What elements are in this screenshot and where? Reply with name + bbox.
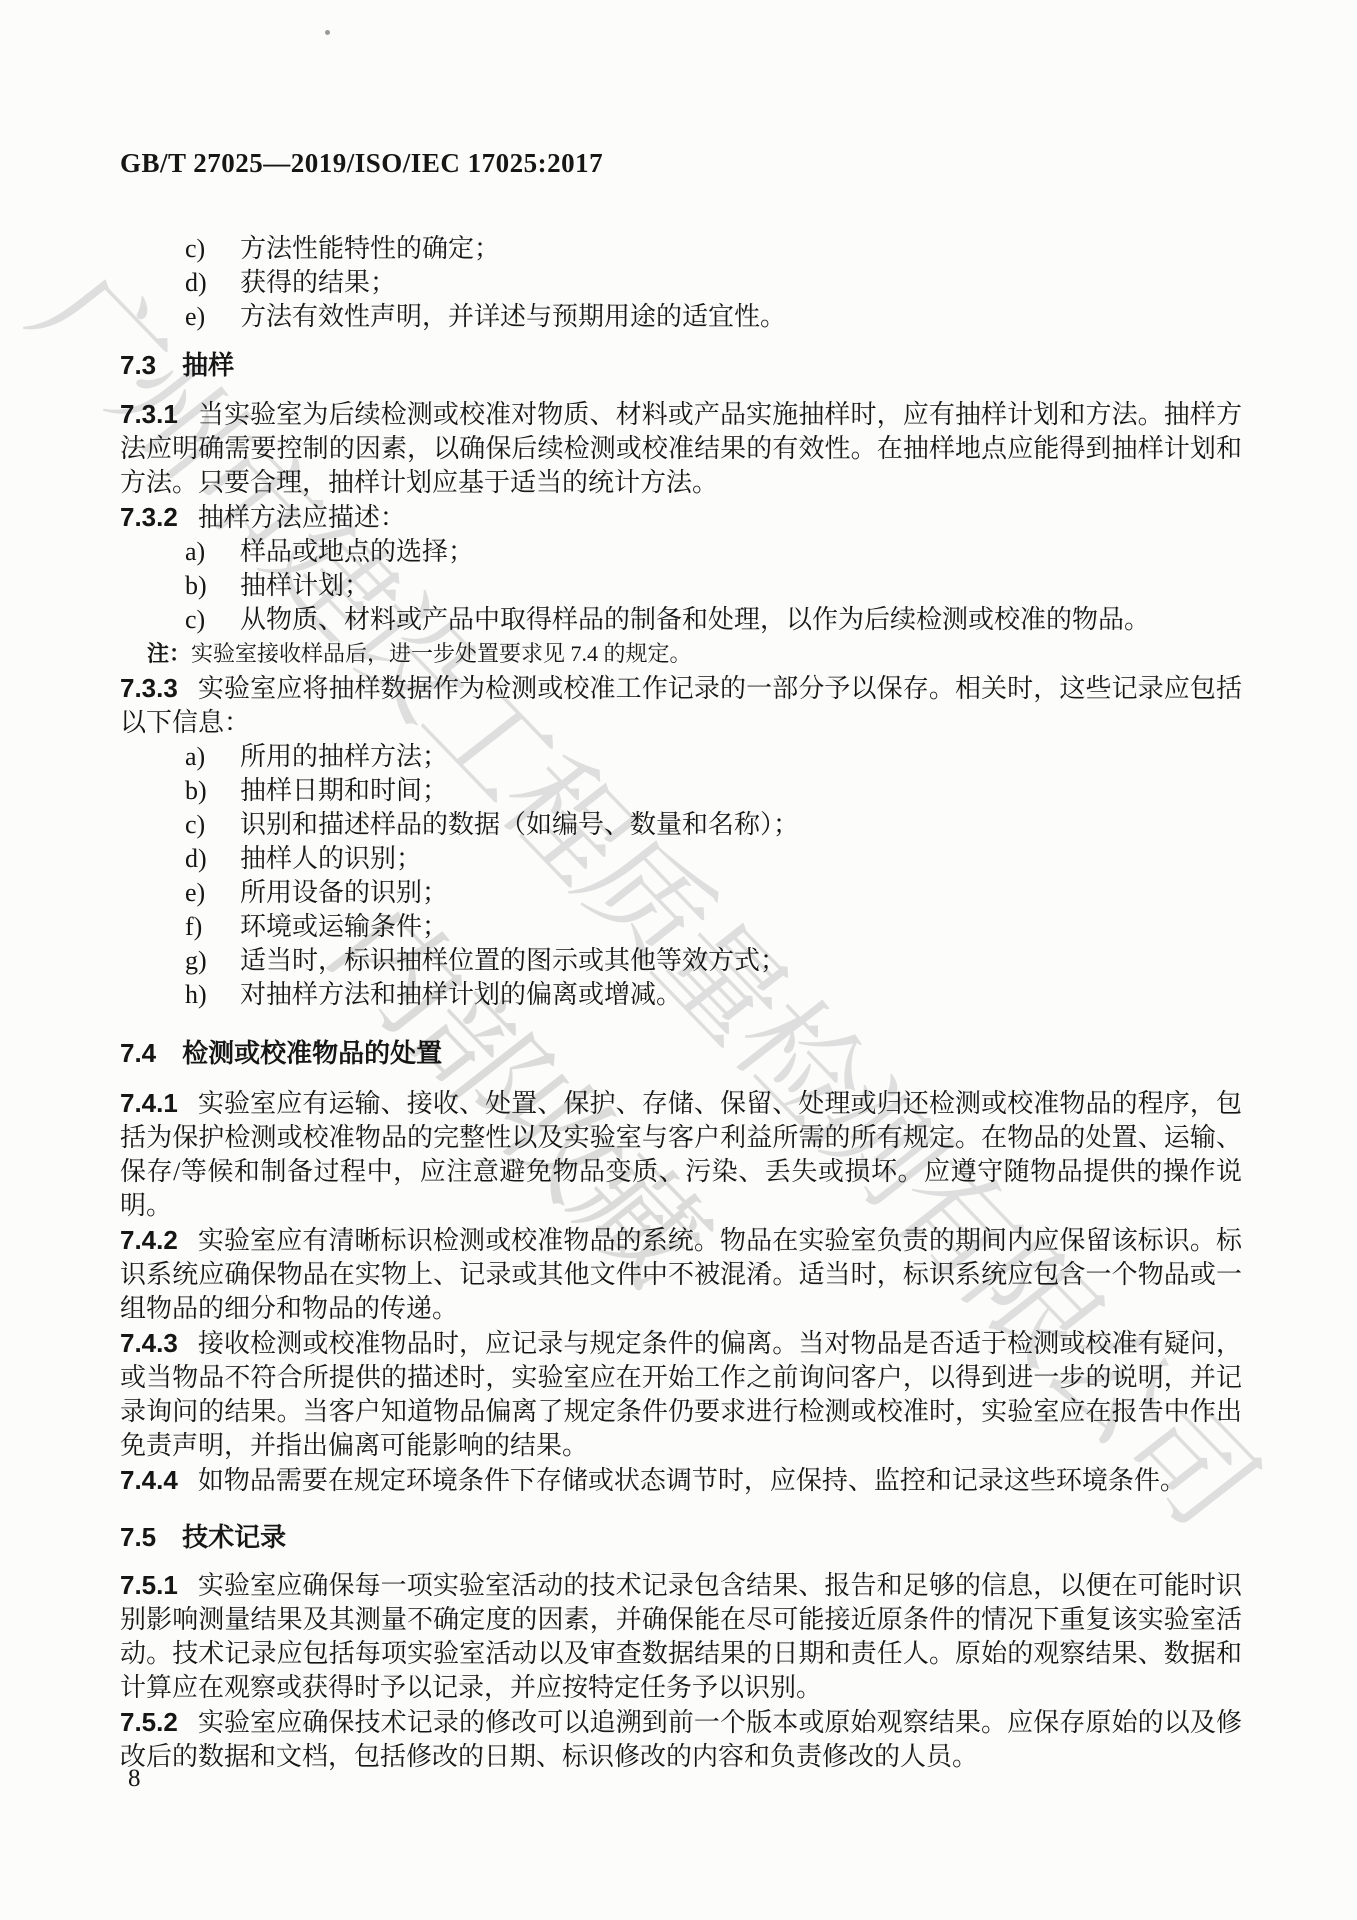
- clause-paragraph-7.5.1: 7.5.1实验室应确保每一项实验室活动的技术记录包含结果、报告和足够的信息，以便…: [120, 1568, 1242, 1705]
- lettered-list: c)方法性能特性的确定；d)获得的结果；e)方法有效性声明，并详述与预期用途的适…: [120, 232, 1242, 334]
- list-item: b)抽样日期和时间；: [120, 774, 1242, 808]
- section-heading-7.5: 7.5技术记录: [120, 1520, 1242, 1554]
- list-item: c)识别和描述样品的数据（如编号、数量和名称）；: [120, 808, 1242, 842]
- list-item: e)所用设备的识别；: [120, 876, 1242, 910]
- clause-paragraph-7.4.4: 7.4.4如物品需要在规定环境条件下存储或状态调节时，应保持、监控和记录这些环境…: [120, 1463, 1242, 1498]
- list-item: c)方法性能特性的确定；: [120, 232, 1242, 266]
- lettered-list: a)所用的抽样方法；b)抽样日期和时间；c)识别和描述样品的数据（如编号、数量和…: [120, 740, 1242, 1012]
- list-item: a)样品或地点的选择；: [120, 535, 1242, 569]
- list-item: d)获得的结果；: [120, 266, 1242, 300]
- list-item: h)对抽样方法和抽样计划的偏离或增减。: [120, 978, 1242, 1012]
- section-heading-7.3: 7.3抽样: [120, 348, 1242, 382]
- list-item: c)从物质、材料或产品中取得样品的制备和处理，以作为后续检测或校准的物品。: [120, 603, 1242, 637]
- section-heading-7.4: 7.4检测或校准物品的处置: [120, 1036, 1242, 1070]
- list-item: f)环境或运输条件；: [120, 910, 1242, 944]
- clause-paragraph-7.3.2: 7.3.2抽样方法应描述：: [120, 500, 1242, 535]
- clause-paragraph-7.4.3: 7.4.3接收检测或校准物品时，应记录与规定条件的偏离。当对物品是否适于检测或校…: [120, 1326, 1242, 1463]
- list-item: d)抽样人的识别；: [120, 842, 1242, 876]
- clause-paragraph-7.4.2: 7.4.2实验室应有清晰标识检测或校准物品的系统。物品在实验室负责的期间内应保留…: [120, 1223, 1242, 1326]
- clause-paragraph-7.4.1: 7.4.1实验室应有运输、接收、处置、保护、存储、保留、处理或归还检测或校准物品…: [120, 1086, 1242, 1223]
- page-number: 8: [128, 1765, 141, 1793]
- clause-paragraph-7.5.2: 7.5.2实验室应确保技术记录的修改可以追溯到前一个版本或原始观察结果。应保存原…: [120, 1705, 1242, 1774]
- list-item: g)适当时，标识抽样位置的图示或其他等效方式；: [120, 944, 1242, 978]
- scanned-document-page: 广州市建设工程质量检测有限公司 内部收藏 GB/T 27025—2019/ISO…: [0, 0, 1357, 1920]
- list-item: e)方法有效性声明，并详述与预期用途的适宜性。: [120, 300, 1242, 334]
- lettered-list: a)样品或地点的选择；b)抽样计划；c)从物质、材料或产品中取得样品的制备和处理…: [120, 535, 1242, 637]
- list-item: a)所用的抽样方法；: [120, 740, 1242, 774]
- list-item: b)抽样计划；: [120, 569, 1242, 603]
- note-paragraph: 注：实验室接收样品后，进一步处置要求见 7.4 的规定。: [120, 637, 1242, 671]
- clause-paragraph-7.3.3: 7.3.3实验室应将抽样数据作为检测或校准工作记录的一部分予以保存。相关时，这些…: [120, 671, 1242, 740]
- scan-artifact-dot: [325, 30, 330, 35]
- document-body: c)方法性能特性的确定；d)获得的结果；e)方法有效性声明，并详述与预期用途的适…: [120, 232, 1242, 1774]
- standard-number-header: GB/T 27025—2019/ISO/IEC 17025:2017: [120, 146, 1242, 180]
- clause-paragraph-7.3.1: 7.3.1当实验室为后续检测或校准对物质、材料或产品实施抽样时，应有抽样计划和方…: [120, 397, 1242, 500]
- document-body-flow: GB/T 27025—2019/ISO/IEC 17025:2017 c)方法性…: [0, 0, 1357, 1774]
